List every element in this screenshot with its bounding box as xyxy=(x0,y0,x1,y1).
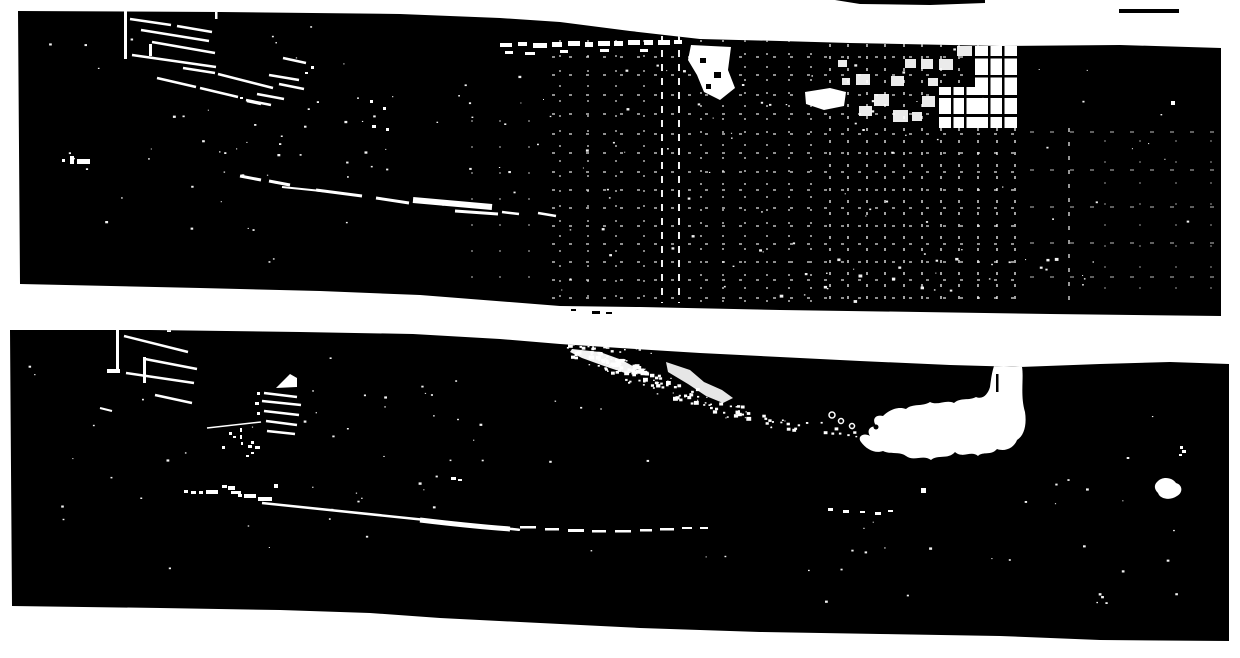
photo-detail-mark xyxy=(143,357,146,383)
photo-detail-mark xyxy=(580,407,582,409)
photo-detail-mark xyxy=(305,72,308,74)
photo-detail-mark xyxy=(782,420,784,422)
photo-detail-mark xyxy=(437,122,439,123)
photo-detail-mark xyxy=(666,70,667,71)
photo-detail-mark xyxy=(300,154,302,156)
photo-detail-mark xyxy=(831,433,834,435)
photo-detail-mark xyxy=(606,360,609,362)
photo-detail-mark xyxy=(921,488,926,493)
photo-detail-mark xyxy=(891,76,904,86)
photo-detail-mark xyxy=(482,460,484,462)
photo-detail-mark xyxy=(1067,479,1069,481)
photo-detail-mark xyxy=(633,374,634,375)
photo-detail-mark xyxy=(937,139,939,140)
photo-detail-mark xyxy=(469,168,472,170)
photo-detail-mark xyxy=(873,522,874,523)
photo-detail-mark xyxy=(568,529,584,532)
photo-detail-mark xyxy=(344,121,347,123)
photo-detail-mark xyxy=(347,428,349,430)
photo-detail-mark xyxy=(825,601,828,603)
photo-detail-mark xyxy=(859,106,872,116)
photo-detail-mark xyxy=(1046,147,1048,149)
photo-detail-mark xyxy=(469,102,471,104)
photo-detail-mark xyxy=(786,104,788,105)
photo-detail-mark xyxy=(543,99,544,100)
photo-detail-mark xyxy=(609,254,612,256)
photo-detail-mark xyxy=(697,396,699,398)
photo-detail-mark xyxy=(442,204,444,205)
photo-detail-mark xyxy=(606,312,612,314)
photo-detail-mark xyxy=(794,428,797,430)
photo-detail-mark xyxy=(713,118,714,119)
photo-detail-mark xyxy=(928,78,938,86)
photo-detail-mark xyxy=(902,71,905,73)
photo-detail-mark xyxy=(1093,261,1095,262)
photo-detail-mark xyxy=(907,595,909,597)
photo-detail-mark xyxy=(34,374,35,375)
photo-detail-mark xyxy=(480,424,483,426)
photo-detail-mark xyxy=(240,435,242,439)
photo-detail-mark xyxy=(365,151,368,153)
photo-detail-mark xyxy=(604,367,607,369)
photo-detail-mark xyxy=(240,428,242,432)
photo-detail-mark xyxy=(93,425,95,426)
photo-detail-mark xyxy=(672,247,675,249)
photo-detail-mark xyxy=(982,98,984,100)
photo-detail-mark xyxy=(611,350,614,352)
photo-detail-mark xyxy=(281,136,283,138)
photo-detail-mark xyxy=(808,570,810,571)
photo-detail-mark xyxy=(626,360,628,361)
photo-detail-mark xyxy=(256,446,260,449)
photo-detail-mark xyxy=(826,273,828,274)
photo-panel-top xyxy=(18,6,1238,316)
photo-detail-mark xyxy=(1119,9,1179,13)
photo-detail-mark xyxy=(346,222,348,223)
photo-detail-mark xyxy=(847,434,849,436)
photo-detail-mark xyxy=(304,421,307,423)
photo-detail-mark xyxy=(626,70,629,72)
photo-detail-mark xyxy=(224,172,226,173)
photo-detail-mark xyxy=(1096,602,1098,603)
photo-detail-mark xyxy=(111,477,113,479)
photo-detail-mark xyxy=(734,414,738,417)
photo-detail-mark xyxy=(518,76,521,78)
photo-detail-mark xyxy=(838,60,847,67)
photo-detail-mark xyxy=(1040,267,1043,269)
photo-detail-mark xyxy=(384,396,387,398)
photo-detail-mark xyxy=(865,216,866,217)
photo-detail-mark xyxy=(1055,503,1056,504)
photo-detail-mark xyxy=(1099,593,1102,595)
photo-detail-mark xyxy=(49,43,52,45)
photo-detail-mark xyxy=(1009,261,1011,263)
photo-detail-mark xyxy=(537,144,539,146)
photo-detail-mark xyxy=(224,152,226,154)
photo-detail-mark xyxy=(62,159,65,162)
photo-detail-mark xyxy=(824,431,828,434)
photo-detail-mark xyxy=(251,452,254,454)
photo-detail-mark xyxy=(725,417,726,418)
photo-detail-mark xyxy=(140,498,142,500)
photo-detail-mark xyxy=(762,415,766,418)
photo-detail-mark xyxy=(705,402,707,403)
photo-detail-mark xyxy=(69,152,71,154)
photo-detail-mark xyxy=(647,460,650,462)
photo-detail-mark xyxy=(687,396,691,399)
photo-detail-mark xyxy=(431,394,433,396)
photo-detail-mark xyxy=(620,366,624,369)
photo-detail-mark xyxy=(793,242,795,244)
photo-detail-mark xyxy=(924,253,926,255)
photo-detail-mark xyxy=(824,286,827,289)
photo-detail-mark xyxy=(149,44,152,56)
photo-detail-mark xyxy=(926,221,928,223)
photo-detail-mark xyxy=(821,422,823,424)
photo-detail-mark xyxy=(518,42,527,46)
photo-detail-mark xyxy=(183,116,185,118)
photo-detail-mark xyxy=(746,411,747,412)
photo-detail-mark xyxy=(222,446,225,449)
photo-detail-mark xyxy=(451,477,456,480)
photo-detail-mark xyxy=(771,426,772,427)
photo-detail-mark xyxy=(248,445,252,448)
photo-detail-mark xyxy=(710,407,713,409)
photo-detail-mark xyxy=(706,556,707,557)
photo-detail-mark xyxy=(837,259,840,262)
photo-detail-mark xyxy=(436,476,438,478)
photo-detail-mark xyxy=(853,431,856,434)
photo-detail-mark xyxy=(891,152,894,154)
photo-detail-mark xyxy=(253,229,255,231)
photo-detail-mark xyxy=(983,123,984,124)
photo-detail-mark xyxy=(855,436,857,437)
photo-detail-mark xyxy=(715,408,718,411)
photo-detail-mark xyxy=(384,406,386,407)
photo-detail-mark xyxy=(939,114,975,117)
photo-detail-mark xyxy=(869,209,871,211)
photo-detail-mark xyxy=(692,235,695,237)
photo-detail-mark xyxy=(916,101,917,102)
photo-detail-mark xyxy=(748,412,751,414)
photo-detail-mark xyxy=(657,65,659,67)
photo-detail-mark xyxy=(1105,602,1107,604)
photo-detail-mark xyxy=(229,432,232,435)
photo-detail-mark xyxy=(827,288,829,289)
photo-detail-mark xyxy=(597,352,600,355)
photo-detail-mark xyxy=(922,96,935,107)
photo-detail-mark xyxy=(1083,545,1086,547)
photo-detail-mark xyxy=(1086,488,1089,490)
photo-detail-mark xyxy=(780,295,784,298)
photo-detail-mark xyxy=(738,410,740,411)
photo-detail-mark xyxy=(697,400,698,401)
photo-detail-mark xyxy=(642,369,644,371)
photo-detail-mark xyxy=(991,558,992,559)
photo-detail-mark xyxy=(72,458,73,459)
photo-detail-mark xyxy=(615,530,631,533)
photo-detail-mark xyxy=(787,428,791,431)
photo-detail-mark xyxy=(854,64,857,66)
photo-detail-mark xyxy=(332,436,334,438)
photo-detail-mark xyxy=(742,84,745,86)
photo-detail-mark xyxy=(450,460,452,462)
photo-detail-mark xyxy=(592,530,606,533)
photo-detail-mark xyxy=(310,26,312,28)
photo-detail-mark xyxy=(362,121,363,122)
photo-detail-mark xyxy=(85,44,88,46)
photo-detail-mark xyxy=(248,525,250,526)
photo-detail-mark xyxy=(77,159,90,164)
photo-detail-mark xyxy=(888,510,893,512)
photo-detail-mark xyxy=(233,436,236,438)
photo-detail-mark xyxy=(1122,570,1125,572)
photo-detail-mark xyxy=(628,368,631,371)
photo-panel-bottom xyxy=(10,326,1240,641)
photo-detail-mark xyxy=(316,412,317,413)
photo-detail-mark xyxy=(660,528,674,531)
photo-detail-mark xyxy=(458,479,462,481)
photo-detail-mark xyxy=(1087,70,1088,71)
photo-detail-mark xyxy=(874,425,879,430)
photo-detail-mark xyxy=(975,95,1017,98)
photo-detail-mark xyxy=(1082,275,1083,276)
photo-detail-mark xyxy=(854,300,858,303)
photo-detail-mark xyxy=(772,421,774,423)
photo-detail-mark xyxy=(366,536,368,538)
photo-detail-mark xyxy=(939,95,975,98)
photo-detail-mark xyxy=(520,526,536,529)
scanned-figure-page xyxy=(0,0,1240,658)
photo-detail-mark xyxy=(1148,143,1149,144)
photo-detail-mark xyxy=(590,351,593,354)
photo-detail-mark xyxy=(585,42,593,47)
photo-bottom-black-field xyxy=(10,330,1229,641)
photo-detail-mark xyxy=(361,498,363,499)
photo-detail-mark xyxy=(455,380,457,382)
photo-detail-mark xyxy=(865,551,868,553)
photo-detail-mark xyxy=(709,172,710,173)
photo-detail-mark xyxy=(996,374,999,392)
photo-detail-mark xyxy=(674,386,677,388)
photo-detail-mark xyxy=(989,278,991,279)
photo-detail-mark xyxy=(961,249,963,250)
photo-detail-mark xyxy=(98,68,100,69)
photo-detail-mark xyxy=(806,422,808,424)
photo-detail-mark xyxy=(912,112,922,121)
photo-detail-mark xyxy=(936,260,939,262)
photo-detail-mark xyxy=(275,181,278,183)
photo-detail-mark xyxy=(624,152,625,153)
photo-detail-mark xyxy=(1122,500,1123,501)
photo-detail-mark xyxy=(759,249,762,251)
photo-detail-mark xyxy=(246,455,249,457)
photo-detail-mark xyxy=(151,149,152,150)
photo-detail-mark xyxy=(706,397,707,398)
photo-detail-mark xyxy=(343,63,344,64)
photo-detail-mark xyxy=(600,408,602,409)
photo-detail-mark xyxy=(636,370,640,373)
photo-detail-mark xyxy=(465,84,467,86)
photo-detail-mark xyxy=(1173,530,1175,531)
photo-detail-mark xyxy=(667,148,669,149)
photo-detail-mark xyxy=(500,43,512,47)
photo-detail-mark xyxy=(433,506,436,508)
photo-detail-mark xyxy=(659,377,662,379)
photo-detail-mark xyxy=(248,228,249,229)
photo-detail-mark xyxy=(605,358,607,360)
photo-detail-mark xyxy=(221,201,222,202)
photo-detail-mark xyxy=(623,359,626,361)
photo-detail-mark xyxy=(713,410,717,413)
photo-detail-mark xyxy=(607,371,609,372)
photo-detail-mark xyxy=(533,43,547,48)
photo-detail-mark xyxy=(508,171,511,173)
photo-detail-mark xyxy=(662,386,665,388)
photo-detail-mark xyxy=(241,442,243,445)
photo-detail-mark xyxy=(611,372,615,375)
photo-detail-mark xyxy=(768,419,771,422)
photo-detail-mark xyxy=(124,9,127,59)
photo-detail-mark xyxy=(202,140,205,142)
photo-detail-mark xyxy=(505,51,513,54)
photo-detail-mark xyxy=(884,547,885,548)
photo-detail-mark xyxy=(277,154,280,156)
photo-detail-mark xyxy=(660,383,663,385)
photo-detail-mark xyxy=(694,401,695,402)
photo-detail-mark xyxy=(219,151,221,152)
photo-detail-mark xyxy=(570,278,572,280)
photo-detail-mark xyxy=(592,311,600,314)
photo-detail-mark xyxy=(871,110,874,112)
photo-detail-mark xyxy=(714,72,721,78)
photo-detail-mark xyxy=(975,114,1017,117)
photo-detail-mark xyxy=(677,384,681,387)
photo-detail-mark xyxy=(545,528,559,531)
photo-detail-mark xyxy=(828,508,833,511)
photo-detail-mark xyxy=(656,384,660,387)
photo-detail-mark xyxy=(1082,284,1084,285)
photo-detail-mark xyxy=(254,124,256,126)
photo-detail-mark xyxy=(1180,446,1183,449)
photo-detail-mark xyxy=(185,452,187,453)
photo-top-black-field xyxy=(18,11,1221,316)
photo-detail-mark xyxy=(684,395,687,398)
photo-detail-mark xyxy=(1127,457,1130,459)
photo-detail-mark xyxy=(892,278,895,281)
photo-detail-mark xyxy=(921,59,933,69)
photo-detail-mark xyxy=(921,287,924,290)
photo-detail-mark xyxy=(1101,596,1104,598)
photo-detail-mark xyxy=(667,380,668,381)
photo-detail-mark xyxy=(63,519,65,520)
photo-detail-mark xyxy=(357,501,359,503)
photo-detail-mark xyxy=(561,290,562,291)
photo-detail-mark xyxy=(975,56,1017,59)
photo-detail-mark xyxy=(73,158,75,159)
photo-detail-mark xyxy=(386,128,389,131)
photo-detail-mark xyxy=(625,379,628,381)
photo-detail-mark xyxy=(700,527,708,529)
photo-detail-mark xyxy=(975,75,1017,78)
photo-detail-mark xyxy=(805,273,808,275)
photo-detail-mark xyxy=(1187,221,1190,223)
photo-detail-mark xyxy=(520,103,521,104)
photo-detail-mark xyxy=(745,417,746,418)
photo-detail-mark xyxy=(1132,148,1133,149)
photo-detail-mark xyxy=(372,125,376,128)
photo-detail-mark xyxy=(525,52,535,55)
photo-detail-mark xyxy=(169,568,171,570)
photo-detail-mark xyxy=(549,461,552,463)
photo-detail-mark xyxy=(257,412,260,415)
photo-detail-mark xyxy=(874,94,889,106)
photo-detail-mark xyxy=(252,427,253,428)
photo-detail-mark xyxy=(957,46,972,56)
photo-detail-mark xyxy=(552,42,562,47)
photo-detail-mark xyxy=(696,388,700,391)
photo-detail-mark xyxy=(364,395,366,397)
photo-detail-mark xyxy=(851,550,853,552)
photo-detail-mark xyxy=(577,351,581,355)
photo-detail-mark xyxy=(859,275,863,278)
photo-detail-mark xyxy=(628,40,640,45)
photo-detail-mark xyxy=(457,419,459,420)
photo-detail-mark xyxy=(863,528,864,529)
photo-detail-mark xyxy=(658,40,670,45)
photo-detail-mark xyxy=(720,404,722,406)
photo-detail-mark xyxy=(167,459,170,461)
photo-detail-mark xyxy=(472,117,474,118)
photo-detail-mark xyxy=(329,518,331,520)
photo-detail-mark xyxy=(674,40,682,44)
photo-detail-mark xyxy=(1152,416,1153,417)
photo-detail-mark xyxy=(842,78,850,85)
photo-detail-mark xyxy=(964,87,967,128)
photo-detail-mark xyxy=(331,509,334,511)
photo-detail-mark xyxy=(586,149,589,151)
photo-detail-mark xyxy=(614,41,623,46)
photo-detail-mark xyxy=(275,42,277,43)
photo-detail-mark xyxy=(766,422,769,425)
photo-detail-mark xyxy=(373,115,376,117)
photo-detail-mark xyxy=(240,97,243,99)
photo-detail-mark xyxy=(616,361,621,365)
photo-detail-mark xyxy=(710,404,712,406)
photo-detail-mark xyxy=(761,211,763,212)
photo-detail-mark xyxy=(304,126,307,128)
photo-detail-mark xyxy=(886,201,888,203)
photo-detail-mark xyxy=(499,167,500,168)
photo-detail-mark xyxy=(356,493,357,494)
photo-detail-mark xyxy=(731,133,732,134)
photo-detail-mark xyxy=(425,393,426,394)
photo-detail-mark xyxy=(1052,218,1054,220)
photo-detail-mark xyxy=(571,356,575,359)
photo-detail-mark xyxy=(839,433,842,435)
photo-detail-mark xyxy=(596,356,601,360)
photo-detail-mark xyxy=(657,393,659,394)
photo-detail-mark xyxy=(131,39,134,41)
photo-detail-mark xyxy=(602,228,605,230)
photo-detail-mark xyxy=(856,74,870,85)
photo-detail-mark xyxy=(228,486,235,490)
photo-detail-mark xyxy=(555,401,557,402)
photo-detail-mark xyxy=(763,251,764,252)
photo-detail-mark xyxy=(698,103,701,105)
photo-detail-mark xyxy=(607,189,609,191)
photo-detail-mark xyxy=(191,491,196,494)
